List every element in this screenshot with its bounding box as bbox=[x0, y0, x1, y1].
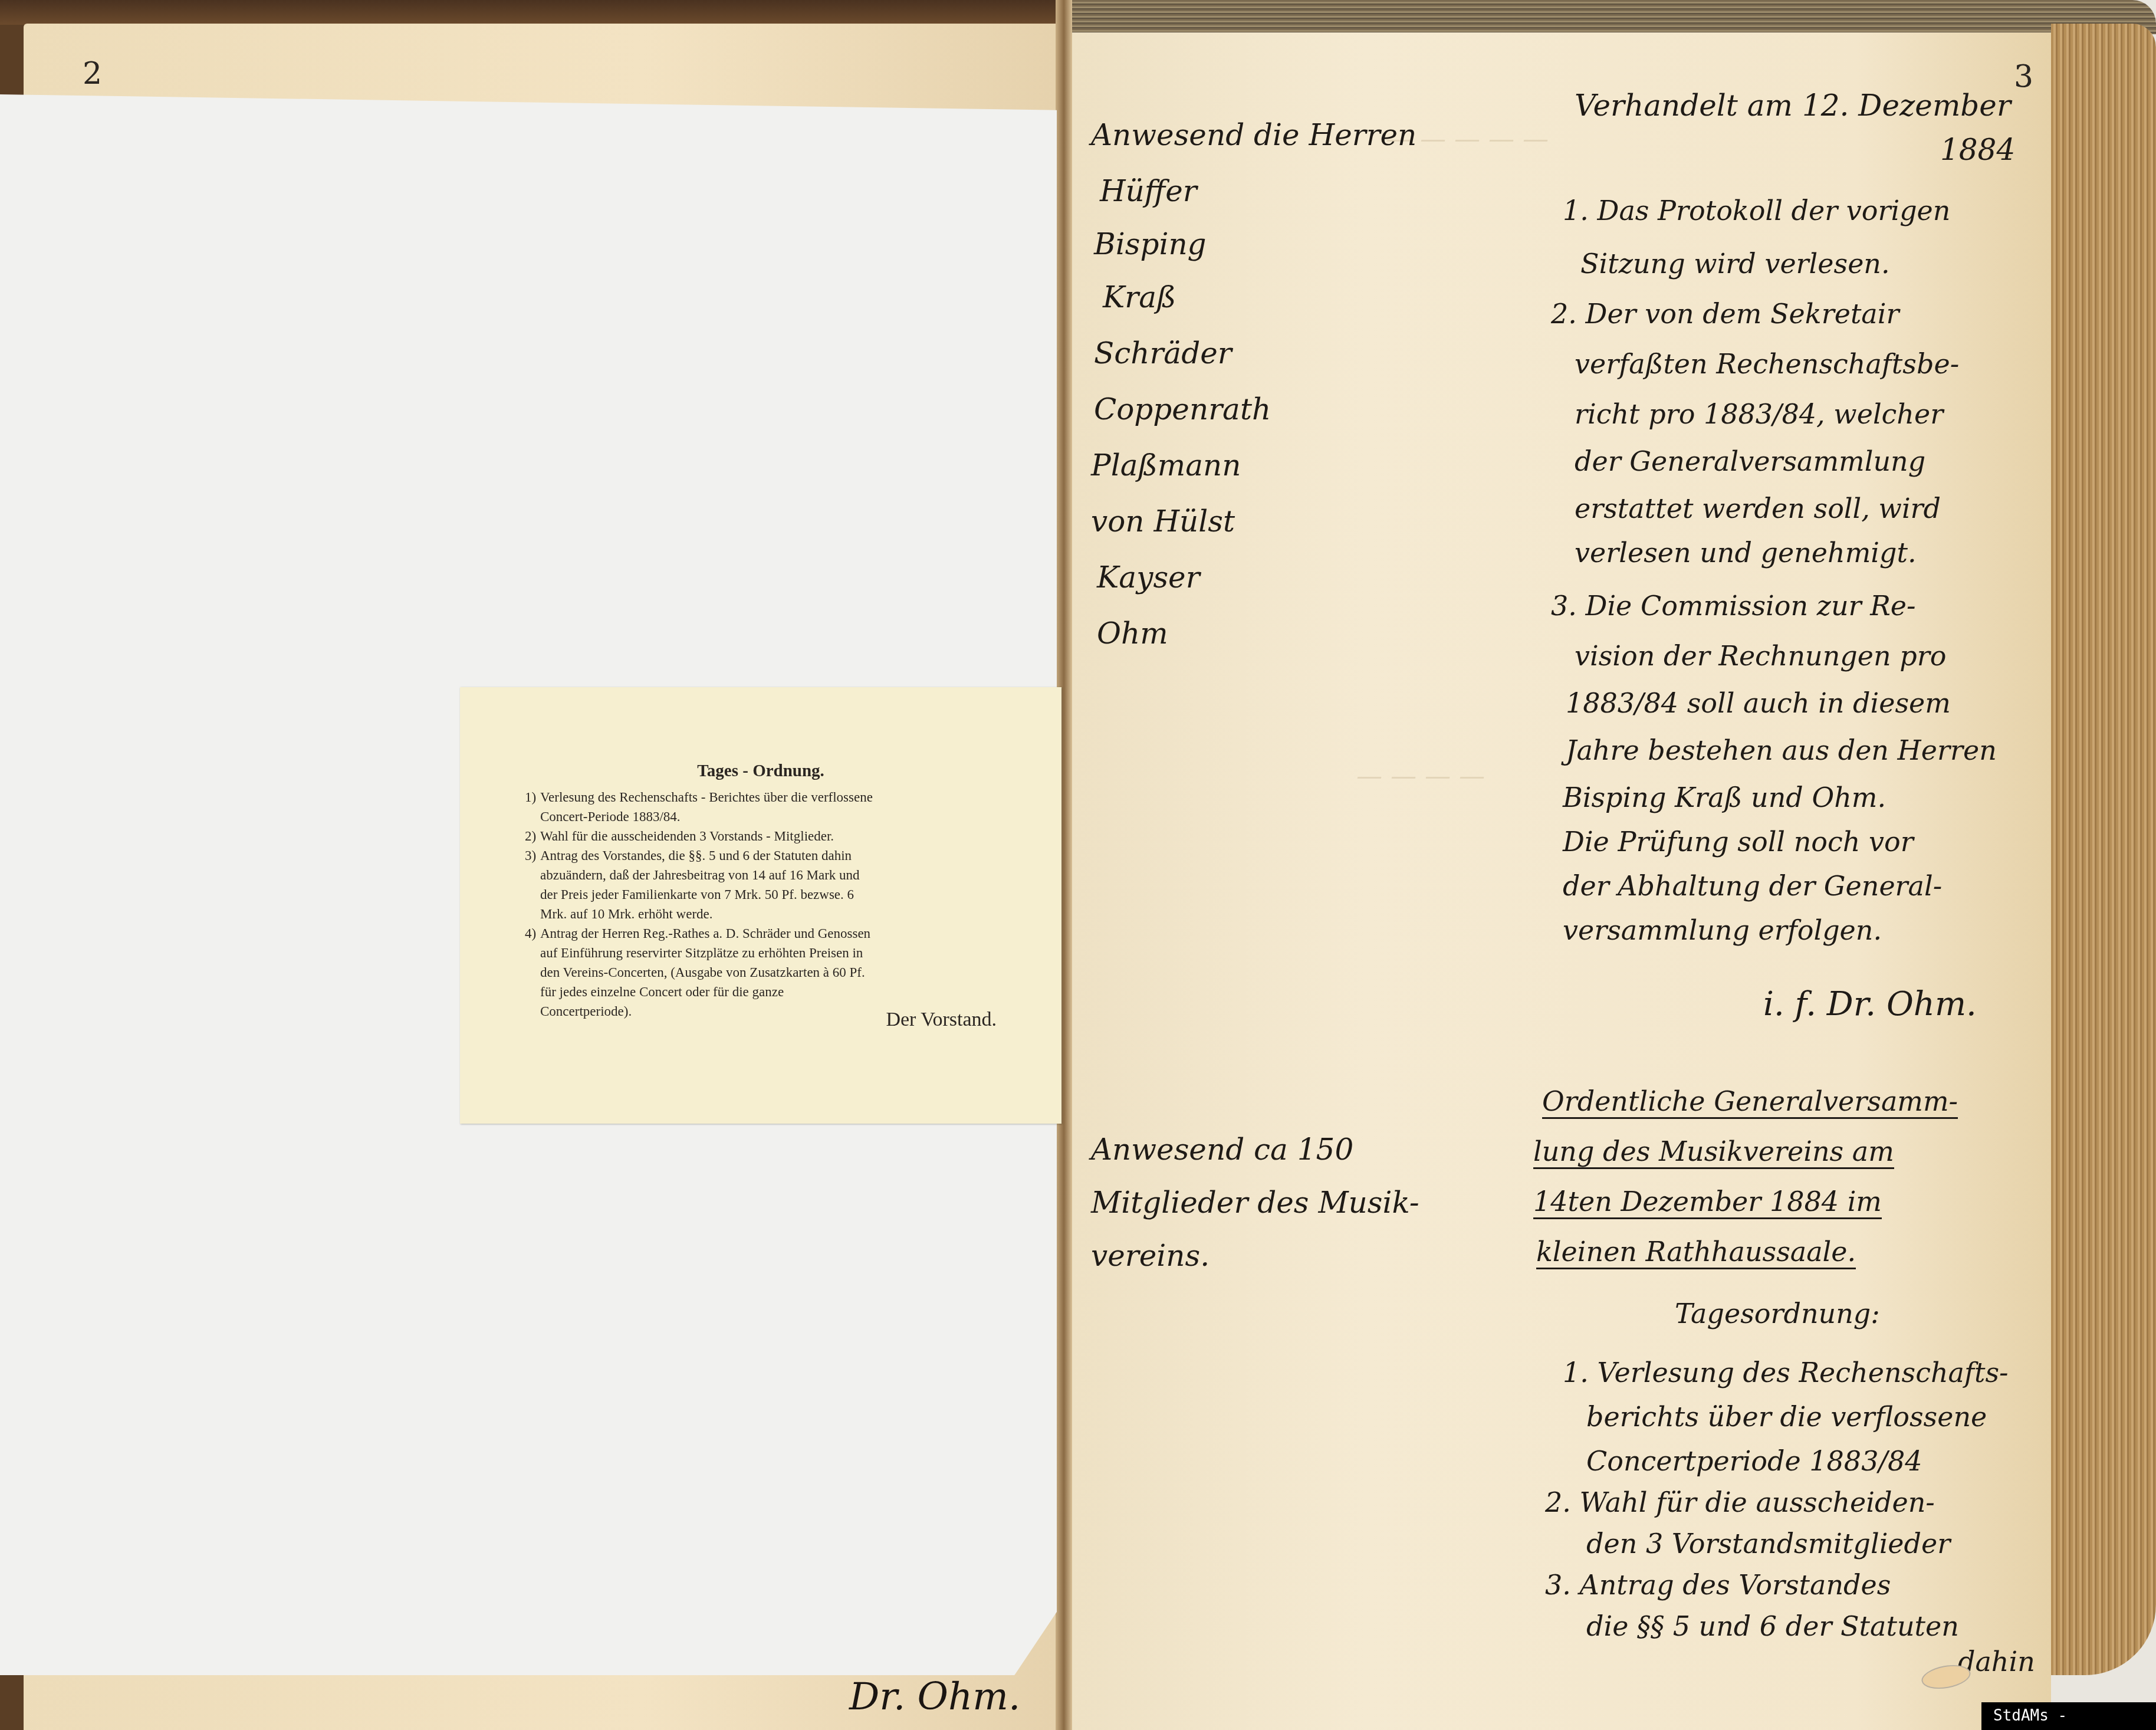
right-page-number: 3 bbox=[2014, 59, 2033, 94]
minutes-heading-year: 1884 bbox=[1940, 133, 2015, 167]
attendee-name: Bisping bbox=[1094, 227, 1207, 261]
assembly-heading-line: 14ten Dezember 1884 im bbox=[1533, 1186, 1882, 1219]
second-attendance-line: Mitglieder des Musik- bbox=[1091, 1186, 1419, 1220]
minutes-line: versammlung erfolgen. bbox=[1563, 914, 1882, 946]
minutes-line: der Generalversammlung bbox=[1575, 445, 1925, 477]
second-attendance-line: vereins. bbox=[1091, 1239, 1210, 1273]
item-text: Verlesung des Rechenschafts - Berichtes … bbox=[540, 790, 873, 824]
minutes-line: 1883/84 soll auch in diesem bbox=[1566, 687, 1951, 719]
agenda-title: Tagesordnung: bbox=[1675, 1298, 1880, 1329]
attendee-name: Coppenrath bbox=[1094, 392, 1271, 426]
attendee-name: Plaßmann bbox=[1091, 448, 1241, 482]
minutes-line: der Abhaltung der General- bbox=[1563, 870, 1942, 902]
agenda-line: 2. Wahl für die ausscheiden- bbox=[1545, 1486, 1935, 1518]
printed-agenda-card: Tages - Ordnung. 1) Verlesung des Rechen… bbox=[460, 687, 1061, 1124]
agenda-line: die §§ 5 und 6 der Statuten bbox=[1586, 1610, 1959, 1642]
minutes-line: verlesen und genehmigt. bbox=[1575, 537, 1917, 569]
minutes-line: richt pro 1883/84, welcher bbox=[1575, 398, 1943, 430]
minutes-line: vision der Rechnungen pro bbox=[1575, 640, 1946, 672]
assembly-heading-line: Ordentliche Generalversamm- bbox=[1542, 1085, 1958, 1119]
attendee-name: Kayser bbox=[1097, 560, 1200, 595]
minutes-line: Bisping Kraß und Ohm. bbox=[1563, 782, 1886, 813]
left-page-signature: Dr. Ohm. bbox=[849, 1675, 1020, 1719]
agenda-line: Concertperiode 1883/84 bbox=[1586, 1445, 1922, 1477]
item-number: 2) bbox=[525, 826, 536, 846]
attendee-name: Kraß bbox=[1103, 280, 1176, 314]
minutes-line: verfaßten Rechenschaftsbe- bbox=[1575, 348, 1959, 380]
attendance-heading: Anwesend die Herren bbox=[1091, 118, 1416, 152]
item-text: Antrag des Vorstandes, die §§. 5 und 6 d… bbox=[540, 848, 860, 921]
attendee-name: Hüffer bbox=[1100, 174, 1197, 208]
attendee-name: Ohm bbox=[1097, 616, 1168, 651]
agenda-line: 3. Antrag des Vorstandes bbox=[1545, 1569, 1891, 1601]
card-agenda-item: 2) Wahl für die ausscheidenden 3 Vorstan… bbox=[525, 826, 873, 846]
item-number: 1) bbox=[525, 787, 536, 807]
bleed-through-text: — — — — bbox=[1356, 761, 1485, 791]
page-stack-side-edge bbox=[2051, 24, 2156, 1675]
minutes-line: erstattet werden soll, wird bbox=[1575, 493, 1941, 524]
minutes-line: 3. Die Commission zur Re- bbox=[1551, 590, 1916, 622]
agenda-line: den 3 Vorstandsmitglieder bbox=[1586, 1528, 1950, 1560]
page-stack-top-edge bbox=[1072, 0, 2156, 34]
card-signature: Der Vorstand. bbox=[886, 1009, 997, 1031]
card-agenda-item: 4) Antrag der Herren Reg.-Rathes a. D. S… bbox=[525, 924, 873, 1021]
minutes-heading: Verhandelt am 12. Dezember bbox=[1575, 88, 2011, 123]
minutes-line: 2. Der von dem Sekretair bbox=[1551, 298, 1899, 330]
card-agenda-item: 3) Antrag des Vorstandes, die §§. 5 und … bbox=[525, 846, 873, 924]
archive-stamp: StdAMs - MV_004_005 bbox=[1981, 1702, 2156, 1730]
item-number: 4) bbox=[525, 924, 536, 943]
left-page-number: 2 bbox=[83, 56, 102, 91]
agenda-line: berichts über die verflossene bbox=[1586, 1401, 1987, 1433]
card-agenda-item: 1) Verlesung des Rechenschafts - Bericht… bbox=[525, 787, 873, 826]
minutes-line: Die Prüfung soll noch vor bbox=[1563, 826, 1914, 858]
card-title: Tages - Ordnung. bbox=[460, 761, 1061, 781]
item-text: Wahl für die ausscheidenden 3 Vorstands … bbox=[540, 829, 834, 843]
assembly-heading-line: kleinen Rathhaussaale. bbox=[1536, 1236, 1856, 1269]
attendee-name: von Hülst bbox=[1091, 504, 1235, 539]
minutes-line: 1. Das Protokoll der vorigen bbox=[1563, 195, 1950, 226]
minutes-signature: i. f. Dr. Ohm. bbox=[1763, 985, 1977, 1023]
assembly-heading-line: lung des Musikvereins am bbox=[1533, 1135, 1894, 1169]
minutes-line: Sitzung wird verlesen. bbox=[1580, 248, 1890, 280]
agenda-line: 1. Verlesung des Rechenschafts- bbox=[1563, 1357, 2009, 1388]
cover-top-edge bbox=[0, 0, 1061, 25]
item-number: 3) bbox=[525, 846, 536, 865]
card-agenda-list: 1) Verlesung des Rechenschafts - Bericht… bbox=[525, 787, 873, 1021]
item-text: Antrag der Herren Reg.-Rathes a. D. Schr… bbox=[540, 926, 870, 1019]
second-attendance-line: Anwesend ca 150 bbox=[1091, 1132, 1353, 1167]
attendee-name: Schräder bbox=[1094, 336, 1232, 370]
minutes-line: Jahre bestehen aus den Herren bbox=[1566, 734, 1997, 766]
